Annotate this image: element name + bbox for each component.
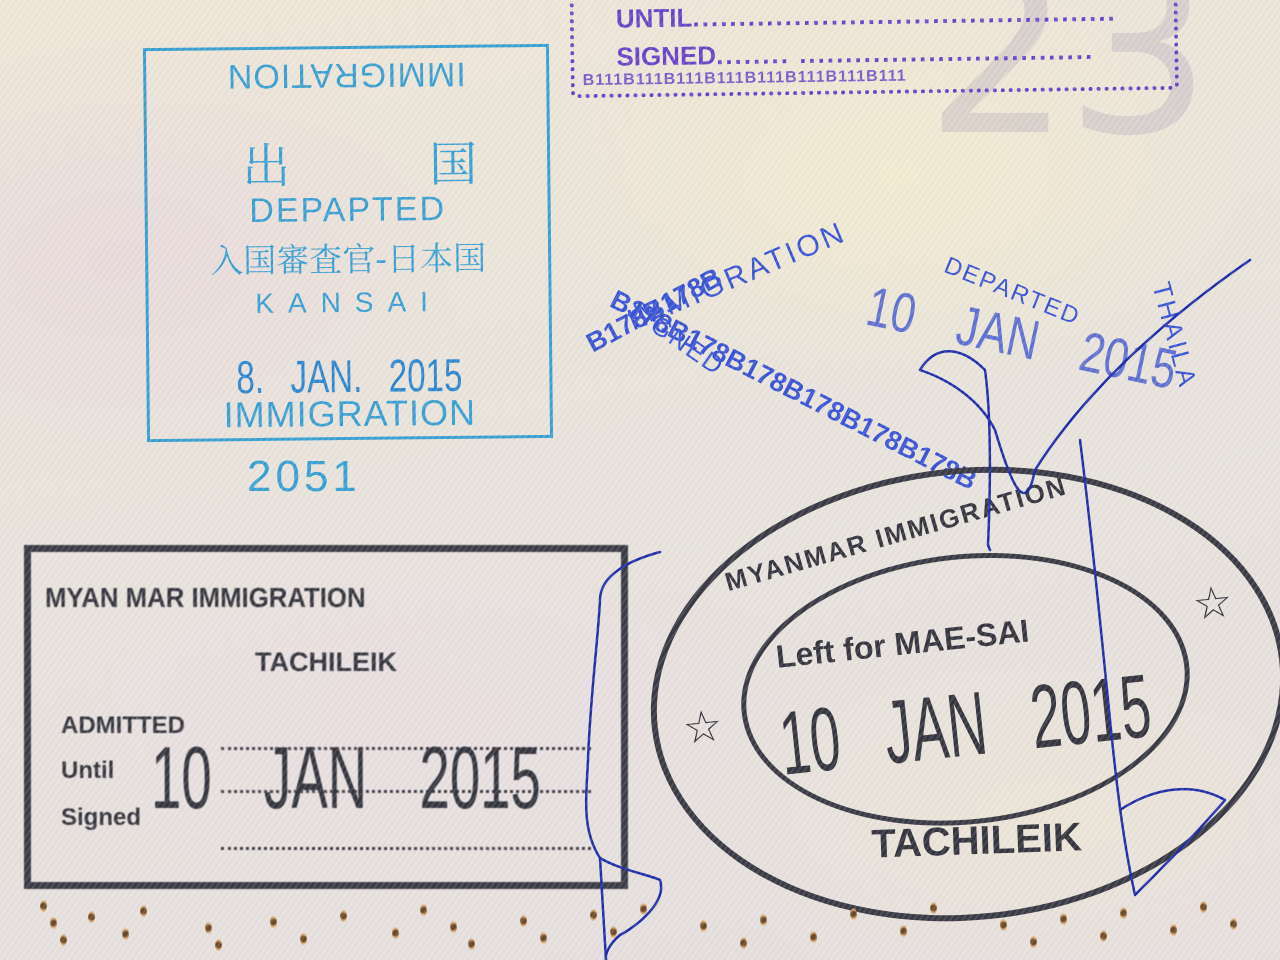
perforation-hole	[40, 900, 47, 912]
stamp-header-inverted: IMMIGRATION	[146, 53, 546, 96]
perforation-hole	[122, 928, 129, 940]
perforation-hole	[50, 917, 57, 929]
perforation-hole	[810, 931, 817, 943]
perforation-hole	[1200, 901, 1207, 913]
perforation-hole	[1230, 918, 1237, 930]
until-line: UNTIL...................................…	[616, 0, 1117, 35]
perforation-hole	[1060, 913, 1067, 925]
signed-dots: ........ ...............................…	[716, 35, 1095, 70]
perforation-hole	[140, 905, 147, 917]
purple-until-signed-stamp: UNTIL...................................…	[569, 0, 1179, 98]
japanese-authority-line: 入国審査官-日本国	[148, 232, 548, 283]
perforation-hole	[450, 921, 457, 933]
perforation-hole	[88, 911, 95, 923]
perforation-hole	[1000, 919, 1007, 931]
perforation-hole	[215, 939, 222, 951]
perforation-hole	[740, 937, 747, 949]
perforation-hole	[590, 909, 597, 921]
kanji-right: 国	[429, 126, 478, 195]
perforation-hole	[930, 902, 937, 914]
stamp-title: MYAN MAR IMMIGRATION	[45, 582, 366, 614]
perforation-hole	[900, 925, 907, 937]
stamp-date: 10 JAN 2015	[151, 727, 541, 829]
perforation-hole	[60, 934, 67, 946]
kanji-row: 出 国	[242, 126, 478, 197]
purple-serial-row: B111B111B111B111B111B111B111B111	[583, 68, 907, 91]
perforation-hole	[610, 926, 617, 938]
officer-serial-number: 2051	[247, 452, 361, 502]
signed-line: SIGNED........ .........................…	[616, 35, 1094, 73]
signed-label: Signed	[61, 804, 141, 832]
perforation-hole	[640, 903, 647, 915]
perforation-holes	[0, 900, 1280, 960]
japan-kansai-departure-stamp: IMMIGRATION 出 国 DEPAPTED 入国審査官-日本国 KANSA…	[143, 44, 553, 442]
perforation-hole	[760, 914, 767, 926]
stamp-port: KANSAI	[148, 285, 548, 321]
perforation-hole	[1170, 924, 1177, 936]
until-dots: ........................................…	[692, 0, 1117, 33]
stamp-footer: IMMIGRATION	[150, 391, 550, 437]
myanmar-admission-stamp: MYAN MAR IMMIGRATION TACHILEIK ADMITTED …	[24, 545, 628, 889]
perforation-hole	[468, 938, 475, 950]
perforation-hole	[1030, 936, 1037, 948]
signed-label: SIGNED	[616, 40, 716, 71]
perforation-hole	[205, 922, 212, 934]
stamp-place: TACHILEIK	[871, 815, 1083, 867]
perforation-hole	[270, 916, 277, 928]
perforation-hole	[850, 908, 857, 920]
passport-page: 23 UNTIL................................…	[0, 0, 1280, 960]
perforation-hole	[392, 927, 399, 939]
stamp-place: TACHILEIK	[31, 647, 621, 678]
perforation-hole	[340, 910, 347, 922]
stamp-status: DEPAPTED	[147, 189, 547, 232]
perforation-hole	[700, 920, 707, 932]
perforation-hole	[300, 933, 307, 945]
perforation-hole	[1100, 930, 1107, 942]
star-icon: ☆	[680, 700, 725, 755]
kanji-left: 出	[242, 128, 291, 197]
perforation-hole	[540, 932, 547, 944]
perforation-hole	[520, 915, 527, 927]
dotted-rule	[221, 847, 591, 850]
star-icon: ☆	[1190, 576, 1235, 631]
until-label: UNTIL	[616, 3, 693, 34]
perforation-hole	[1120, 907, 1127, 919]
until-label: Until	[61, 757, 114, 785]
perforation-hole	[420, 904, 427, 916]
